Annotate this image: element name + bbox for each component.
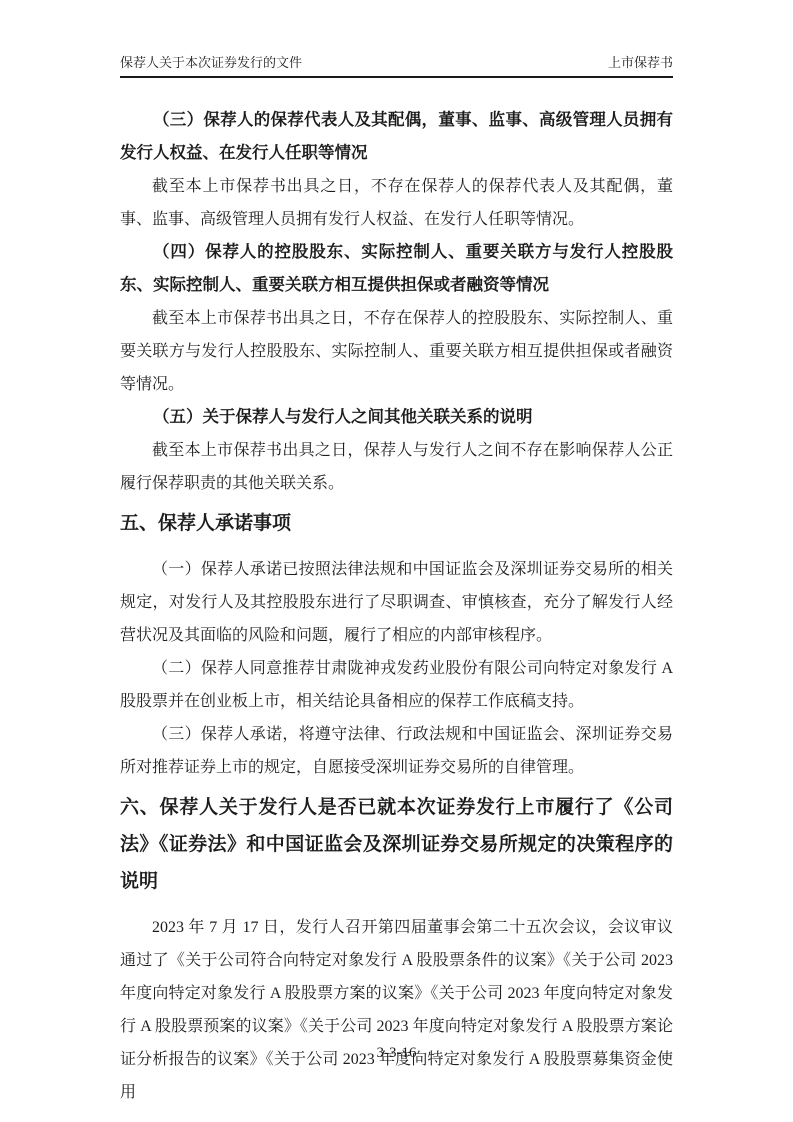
- page-header: 保荐人关于本次证券发行的文件 上市保荐书: [120, 55, 673, 78]
- paragraph-section-3: 截至本上市保荐书出具之日，不存在保荐人的保荐代表人及其配偶，董事、监事、高级管理…: [120, 170, 673, 236]
- section-heading-5: （五）关于保荐人与发行人之间其他关联关系的说明: [120, 401, 673, 434]
- document-page: 保荐人关于本次证券发行的文件 上市保荐书 （三）保荐人的保荐代表人及其配偶，董事…: [0, 0, 793, 1122]
- chapter-heading-5: 五、保荐人承诺事项: [120, 505, 673, 542]
- document-body: （三）保荐人的保荐代表人及其配偶，董事、监事、高级管理人员拥有发行人权益、在发行…: [120, 104, 673, 1109]
- header-right-title: 上市保荐书: [608, 55, 673, 71]
- page-footer: 3-3-16: [0, 1044, 793, 1062]
- paragraph-commitment-2: （二）保荐人同意推荐甘肃陇神戎发药业股份有限公司向特定对象发行 A 股股票并在创…: [120, 652, 673, 718]
- paragraph-section-5: 截至本上市保荐书出具之日，保荐人与发行人之间不存在影响保荐人公正履行保荐职责的其…: [120, 434, 673, 500]
- page-number: 3-3-16: [377, 1045, 417, 1061]
- paragraph-commitment-3: （三）保荐人承诺，将遵守法律、行政法规和中国证监会、深圳证券交易所对推荐证券上市…: [120, 718, 673, 784]
- section-heading-3: （三）保荐人的保荐代表人及其配偶，董事、监事、高级管理人员拥有发行人权益、在发行…: [120, 104, 673, 170]
- section-heading-4: （四）保荐人的控股股东、实际控制人、重要关联方与发行人控股股东、实际控制人、重要…: [120, 236, 673, 302]
- chapter-heading-6: 六、保荐人关于发行人是否已就本次证券发行上市履行了《公司法》《证券法》和中国证监…: [120, 789, 673, 900]
- paragraph-section-4: 截至本上市保荐书出具之日，不存在保荐人的控股股东、实际控制人、重要关联方与发行人…: [120, 302, 673, 401]
- header-left-title: 保荐人关于本次证券发行的文件: [120, 55, 302, 71]
- paragraph-board-meeting: 2023 年 7 月 17 日，发行人召开第四届董事会第二十五次会议，会议审议通…: [120, 911, 673, 1109]
- paragraph-commitment-1: （一）保荐人承诺已按照法律法规和中国证监会及深圳证券交易所的相关规定，对发行人及…: [120, 553, 673, 652]
